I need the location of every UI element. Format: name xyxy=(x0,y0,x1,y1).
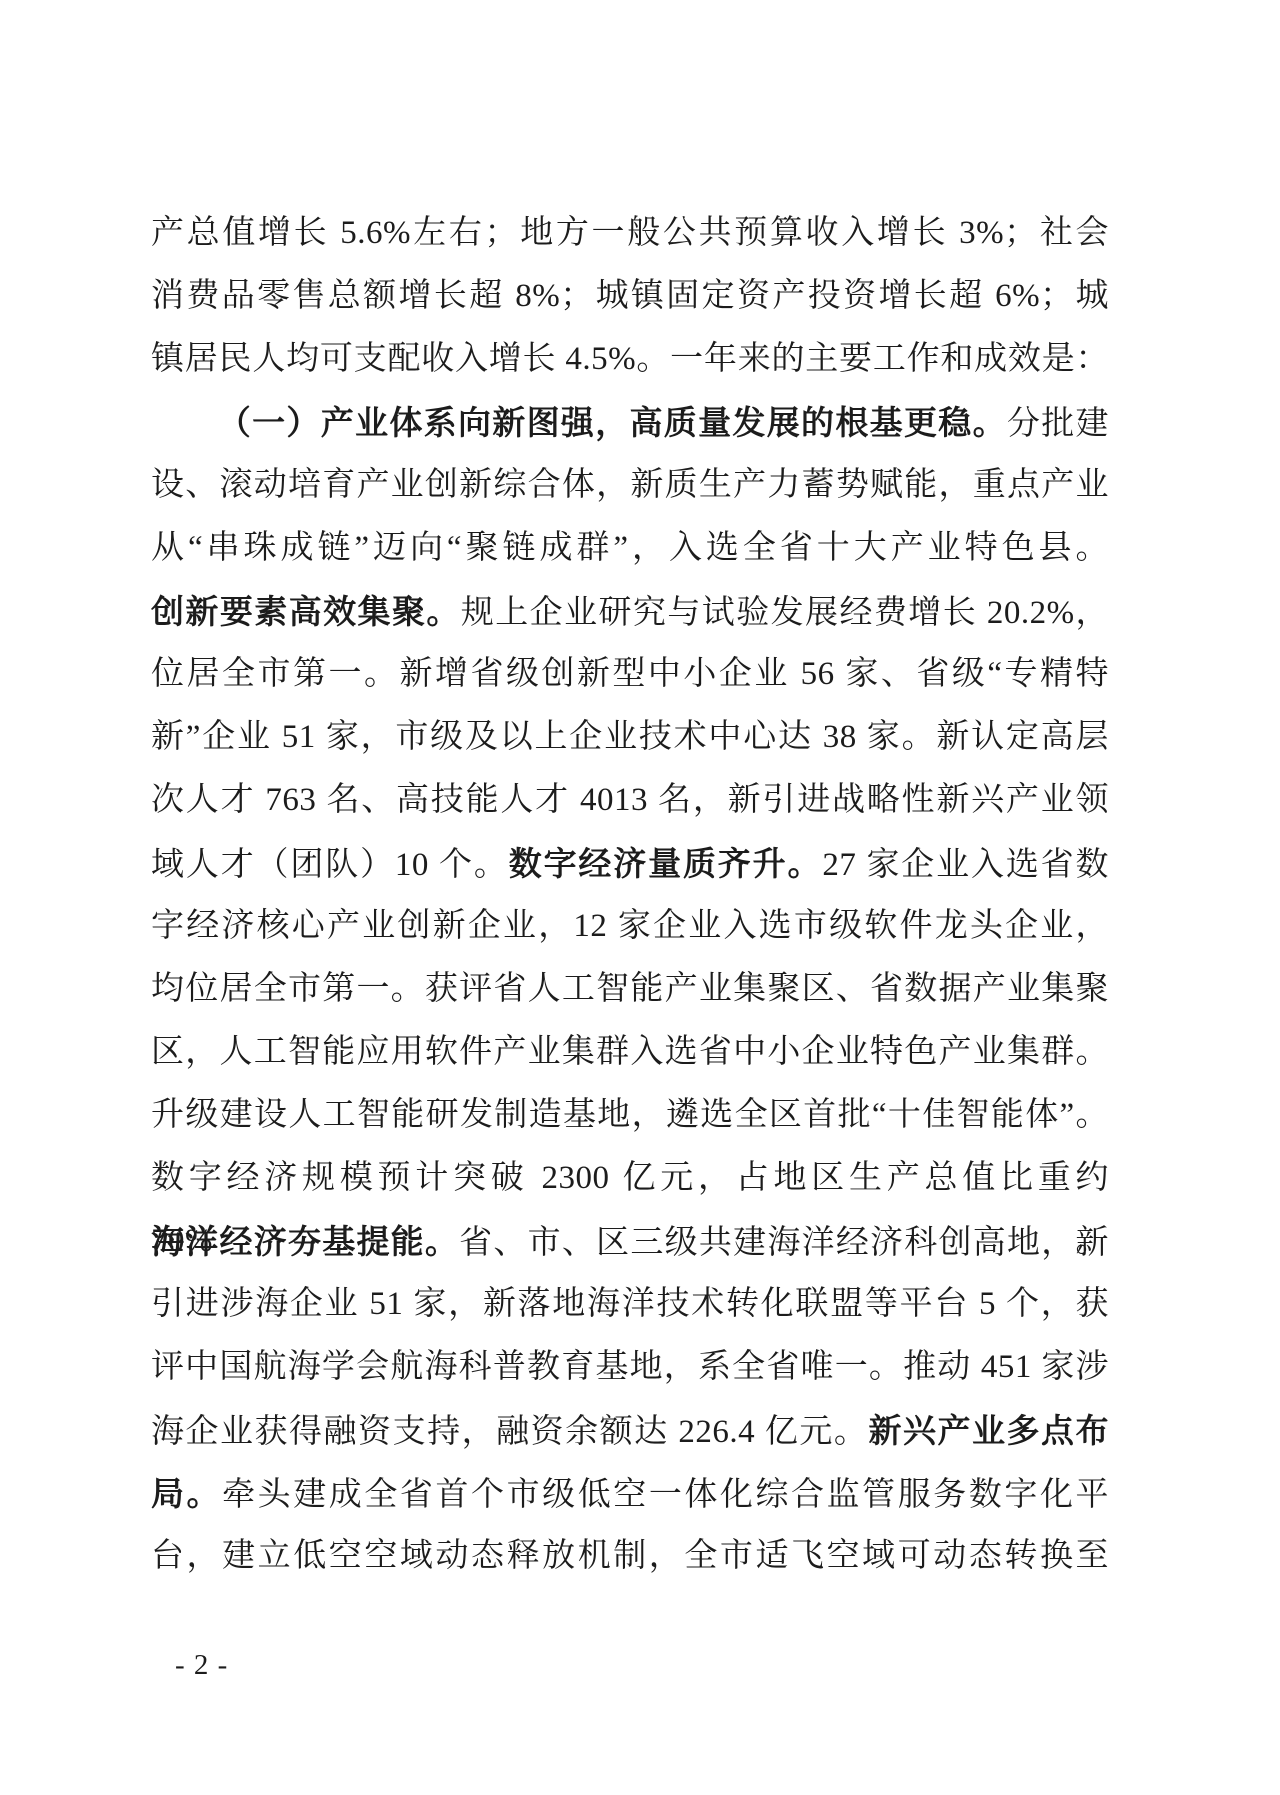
text-run: 海企业获得融资支持，融资余额达 226.4 亿元。 xyxy=(151,1414,868,1450)
text-run: 规上企业研究与试验发展经费增长 20.2%， xyxy=(461,595,1109,631)
text-line: 镇居民人均可支配收入增长 4.5%。一年来的主要工作和成效是： xyxy=(151,328,1109,391)
text-run: 评中国航海学会航海科普教育基地，系全省唯一。推动 451 家涉 xyxy=(151,1349,1109,1385)
text-run-bold: 局。 xyxy=(151,1475,222,1512)
page-number: - 2 - xyxy=(175,1645,228,1685)
text-run-bold: 数字经济量质齐升。 xyxy=(509,845,823,882)
text-run: 产总值增长 5.6%左右；地方一般公共预算收入增长 3%；社会 xyxy=(151,215,1109,251)
text-run: 字经济核心产业创新企业，12 家企业入选市级软件龙头企业， xyxy=(151,908,1109,944)
text-line: 数字经济规模预计突破 2300 亿元，占地区生产总值比重约 70%。 xyxy=(151,1147,1109,1210)
text-run: 设、滚动培育产业创新综合体，新质生产力蓄势赋能，重点产业 xyxy=(151,467,1109,503)
text-line: 新”企业 51 家，市级及以上企业技术中心达 38 家。新认定高层 xyxy=(151,706,1109,769)
text-run: 区，人工智能应用软件产业集群入选省中小企业特色产业集群。 xyxy=(151,1034,1109,1070)
text-run-bold: （一）产业体系向新图强，高质量发展的根基更稳。 xyxy=(217,404,1007,441)
text-line: 次人才 763 名、高技能人才 4013 名，新引进战略性新兴产业领 xyxy=(151,769,1109,832)
text-line: 区，人工智能应用软件产业集群入选省中小企业特色产业集群。 xyxy=(151,1021,1109,1084)
text-line: （一）产业体系向新图强，高质量发展的根基更稳。分批建 xyxy=(151,391,1109,454)
paragraph-indent xyxy=(151,433,217,434)
text-run: 省、市、区三级共建海洋经济科创高地，新 xyxy=(459,1225,1109,1261)
text-line: 位居全市第一。新增省级创新型中小企业 56 家、省级“专精特 xyxy=(151,643,1109,706)
text-line: 创新要素高效集聚。规上企业研究与试验发展经费增长 20.2%， xyxy=(151,580,1109,643)
text-line: 升级建设人工智能研发制造基地，遴选全区首批“十佳智能体”。 xyxy=(151,1084,1109,1147)
text-line: 海企业获得融资支持，融资余额达 226.4 亿元。新兴产业多点布 xyxy=(151,1399,1109,1462)
text-line: 均位居全市第一。获评省人工智能产业集聚区、省数据产业集聚 xyxy=(151,958,1109,1021)
text-run: 位居全市第一。新增省级创新型中小企业 56 家、省级“专精特 xyxy=(151,656,1109,692)
text-run: 升级建设人工智能研发制造基地，遴选全区首批“十佳智能体”。 xyxy=(151,1097,1109,1133)
text-line: 设、滚动培育产业创新综合体，新质生产力蓄势赋能，重点产业 xyxy=(151,454,1109,517)
text-line: 评中国航海学会航海科普教育基地，系全省唯一。推动 451 家涉 xyxy=(151,1336,1109,1399)
text-run: 引进涉海企业 51 家，新落地海洋技术转化联盟等平台 5 个，获 xyxy=(151,1286,1109,1322)
text-line: 消费品零售总额增长超 8%；城镇固定资产投资增长超 6%；城 xyxy=(151,265,1109,328)
document-page: 产总值增长 5.6%左右；地方一般公共预算收入增长 3%；社会消费品零售总额增长… xyxy=(0,0,1280,1795)
text-line: 海洋经济夯基提能。省、市、区三级共建海洋经济科创高地，新 xyxy=(151,1210,1109,1273)
text-line: 台，建立低空空域动态释放机制，全市适飞空域可动态转换至 xyxy=(151,1525,1109,1588)
text-run: 台，建立低空空域动态释放机制，全市适飞空域可动态转换至 xyxy=(151,1538,1109,1574)
text-run-bold: 新兴产业多点布 xyxy=(868,1412,1109,1449)
text-run-bold: 创新要素高效集聚。 xyxy=(151,593,461,630)
text-run: 从“串珠成链”迈向“聚链成群”，入选全省十大产业特色县。 xyxy=(151,530,1109,566)
text-run: 新”企业 51 家，市级及以上企业技术中心达 38 家。新认定高层 xyxy=(151,719,1109,755)
text-run: 镇居民人均可支配收入增长 4.5%。一年来的主要工作和成效是： xyxy=(151,341,1109,377)
text-line: 局。牵头建成全省首个市级低空一体化综合监管服务数字化平 xyxy=(151,1462,1109,1525)
text-run-bold: 海洋经济夯基提能。 xyxy=(151,1223,459,1260)
text-line: 引进涉海企业 51 家，新落地海洋技术转化联盟等平台 5 个，获 xyxy=(151,1273,1109,1336)
document-body: 产总值增长 5.6%左右；地方一般公共预算收入增长 3%；社会消费品零售总额增长… xyxy=(151,202,1109,1588)
text-run: 牵头建成全省首个市级低空一体化综合监管服务数字化平 xyxy=(222,1477,1109,1513)
text-run: 次人才 763 名、高技能人才 4013 名，新引进战略性新兴产业领 xyxy=(151,782,1109,818)
text-line: 从“串珠成链”迈向“聚链成群”，入选全省十大产业特色县。 xyxy=(151,517,1109,580)
text-run: 域人才（团队）10 个。 xyxy=(151,847,509,883)
text-line: 字经济核心产业创新企业，12 家企业入选市级软件龙头企业， xyxy=(151,895,1109,958)
text-run: 均位居全市第一。获评省人工智能产业集聚区、省数据产业集聚 xyxy=(151,971,1109,1007)
text-run: 27 家企业入选省数 xyxy=(822,847,1109,883)
text-run: 分批建 xyxy=(1007,406,1109,442)
text-run: 消费品零售总额增长超 8%；城镇固定资产投资增长超 6%；城 xyxy=(151,278,1109,314)
text-line: 域人才（团队）10 个。数字经济量质齐升。27 家企业入选省数 xyxy=(151,832,1109,895)
text-line: 产总值增长 5.6%左右；地方一般公共预算收入增长 3%；社会 xyxy=(151,202,1109,265)
